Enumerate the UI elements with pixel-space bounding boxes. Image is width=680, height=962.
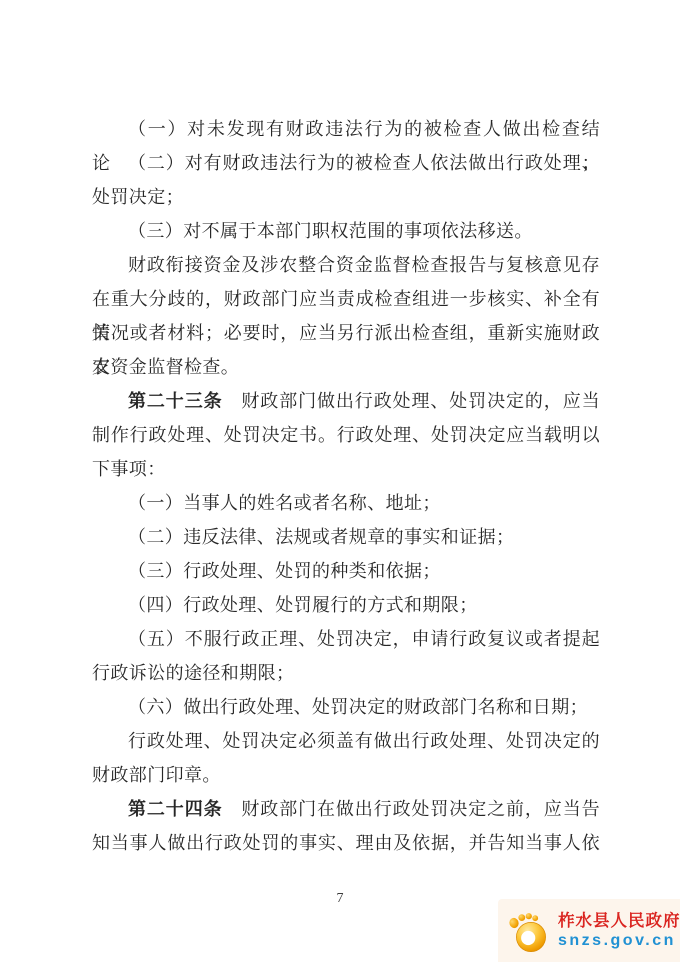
text-line: 制作行政处理、处罚决定书。行政处理、处罚决定应当载明以 [92, 418, 600, 452]
text-line: 处罚决定； [92, 180, 600, 214]
text-segment: （六）做出行政处理、处罚决定的财政部门名称和日期； [128, 697, 588, 717]
text-segment: （二）违反法律、法规或者规章的事实和证据； [128, 527, 514, 547]
document-body: （一）对未发现有财政违法行为的被检查人做出检查结论；（二）对有财政违法行为的被检… [92, 112, 600, 860]
text-line: 农资金监督检查。 [92, 350, 600, 384]
text-line: （一）当事人的姓名或者名称、地址； [92, 486, 600, 520]
paw-print-icon [507, 908, 551, 954]
text-line: 情况或者材料；必要时，应当另行派出检查组，重新实施财政支 [92, 316, 600, 350]
text-segment: 行政诉讼的途径和期限； [92, 663, 294, 683]
text-line: 财政部门印章。 [92, 758, 600, 792]
text-segment: 财政部门印章。 [92, 765, 221, 785]
text-line: （四）行政处理、处罚履行的方式和期限； [92, 588, 600, 622]
text-line: （六）做出行政处理、处罚决定的财政部门名称和日期； [92, 690, 600, 724]
text-segment: （四）行政处理、处罚履行的方式和期限； [128, 595, 478, 615]
text-line: （二）违反法律、法规或者规章的事实和证据； [92, 520, 600, 554]
text-line: 第二十三条 财政部门做出行政处理、处罚决定的，应当 [92, 384, 600, 418]
text-line: 第二十四条 财政部门在做出行政处罚决定之前，应当告 [92, 792, 600, 826]
text-segment: 农资金监督检查。 [92, 357, 239, 377]
text-line: 下事项： [92, 452, 600, 486]
text-line: 行政诉讼的途径和期限； [92, 656, 600, 690]
text-segment: 财政部门做出行政处理、处罚决定的，应当 [223, 391, 601, 411]
text-segment: （三）对不属于本部门职权范围的事项依法移送。 [128, 221, 533, 241]
text-line: 财政衔接资金及涉农整合资金监督检查报告与复核意见存 [92, 248, 600, 282]
text-segment: 下事项： [92, 459, 166, 479]
text-segment: （一）当事人的姓名或者名称、地址； [128, 493, 441, 513]
text-segment: （二）对有财政违法行为的被检查人依法做出行政处理、 [128, 153, 600, 173]
text-segment: 处罚决定； [92, 187, 184, 207]
text-segment: （五）不服行政正理、处罚决定，申请行政复议或者提起 [128, 629, 600, 649]
article-heading: 第二十四条 [128, 799, 223, 819]
text-segment: 制作行政处理、处罚决定书。行政处理、处罚决定应当载明以 [92, 425, 600, 445]
text-segment: 财政部门在做出行政处罚决定之前，应当告 [223, 799, 601, 819]
text-segment: 知当事人做出行政处罚的事实、理由及依据，并告知当事人依 [92, 833, 600, 853]
document-page: （一）对未发现有财政违法行为的被检查人做出检查结论；（二）对有财政违法行为的被检… [0, 0, 680, 962]
text-line: 行政处理、处罚决定必须盖有做出行政处理、处罚决定的 [92, 724, 600, 758]
text-line: （三）对不属于本部门职权范围的事项依法移送。 [92, 214, 600, 248]
text-segment: 行政处理、处罚决定必须盖有做出行政处理、处罚决定的 [128, 731, 600, 751]
text-segment: （三）行政处理、处罚的种类和依据； [128, 561, 441, 581]
text-segment: 财政衔接资金及涉农整合资金监督检查报告与复核意见存 [128, 255, 600, 275]
text-line: （一）对未发现有财政违法行为的被检查人做出检查结论； [92, 112, 600, 146]
text-line: （二）对有财政违法行为的被检查人依法做出行政处理、 [92, 146, 600, 180]
text-line: （三）行政处理、处罚的种类和依据； [92, 554, 600, 588]
site-logo[interactable]: 柞水县人民政府 snzs.gov.cn [498, 899, 680, 962]
logo-org-name: 柞水县人民政府 [558, 911, 680, 931]
text-line: 知当事人做出行政处罚的事实、理由及依据，并告知当事人依 [92, 826, 600, 860]
logo-text-block: 柞水县人民政府 snzs.gov.cn [558, 911, 680, 950]
text-line: （五）不服行政正理、处罚决定，申请行政复议或者提起 [92, 622, 600, 656]
article-heading: 第二十三条 [128, 391, 223, 411]
logo-domain: snzs.gov.cn [558, 931, 680, 950]
text-line: 在重大分歧的，财政部门应当责成检查组进一步核实、补全有关 [92, 282, 600, 316]
